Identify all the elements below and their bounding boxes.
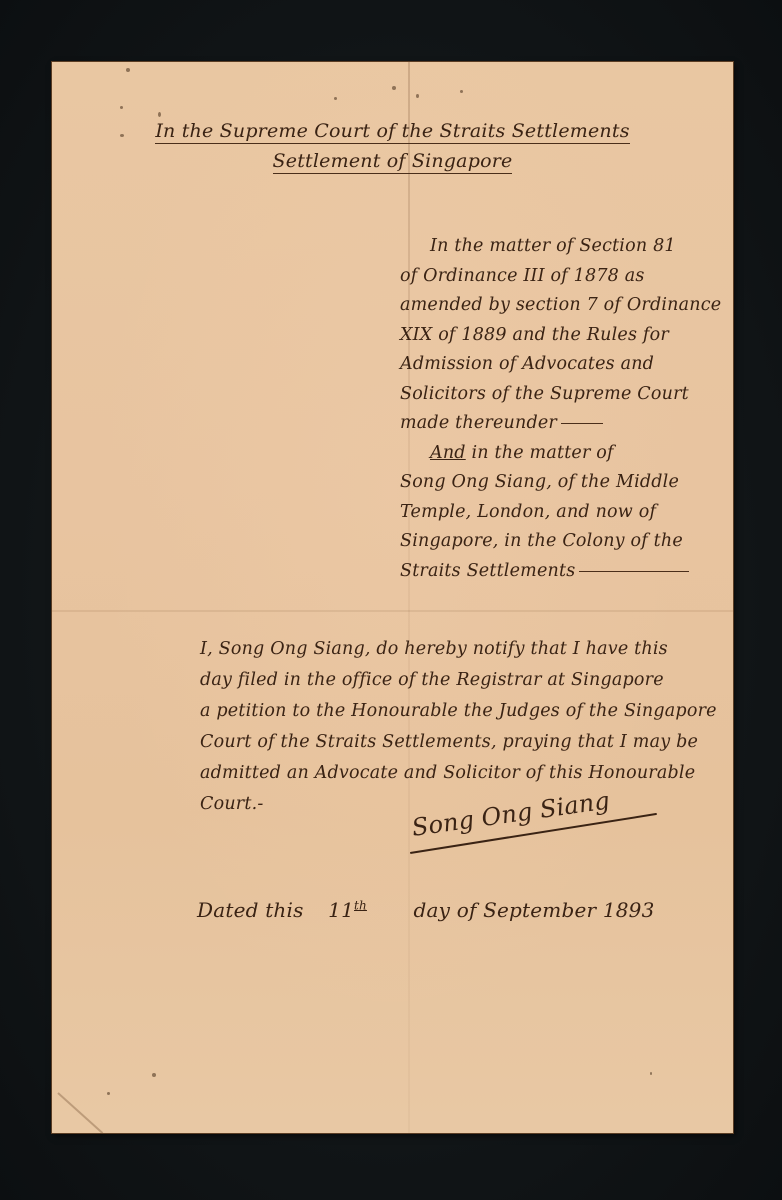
dash-rule (561, 423, 603, 424)
matter-line: Solicitors of the Supreme Court (400, 380, 730, 410)
second-matter-line: Song Ong Siang, of the Middle (400, 468, 730, 498)
notice-line: a petition to the Honourable the Judges … (200, 696, 730, 727)
matter-line: In the matter of Section 81 (400, 232, 730, 262)
date-day-suffix: th (354, 898, 367, 912)
matter-line: amended by section 7 of Ordinance (400, 291, 730, 321)
dash-rule (579, 571, 689, 572)
ink-spot (650, 1072, 652, 1075)
matter-line: XIX of 1889 and the Rules for (400, 321, 730, 351)
date-day: 11 (328, 898, 354, 922)
date-prefix: Dated this (197, 898, 304, 922)
notice-line: admitted an Advocate and Solicitor of th… (200, 758, 730, 789)
vertical-fold-line (408, 62, 410, 1133)
notice-paragraph: I, Song Ong Siang, do hereby notify that… (200, 634, 730, 820)
ink-spot (416, 94, 419, 98)
date-line: Dated this 11th day of September 1893 (197, 898, 655, 922)
ink-spot (120, 106, 123, 109)
second-matter-text: in the matter of (466, 443, 614, 463)
ink-spot (334, 97, 337, 100)
court-heading-line-2: Settlement of Singapore (273, 150, 513, 174)
second-matter-line: Straits Settlements (400, 557, 730, 587)
corner-crease (57, 1092, 103, 1134)
settlement-heading: Settlement of Singapore (52, 150, 733, 174)
ink-spot (107, 1092, 110, 1095)
second-matter-line: Singapore, in the Colony of the (400, 527, 730, 557)
court-heading: In the Supreme Court of the Straits Sett… (52, 120, 733, 144)
matter-block: In the matter of Section 81 of Ordinance… (400, 232, 730, 586)
notice-line: I, Song Ong Siang, do hereby notify that… (200, 634, 730, 665)
court-heading-line-1: In the Supreme Court of the Straits Sett… (155, 120, 629, 144)
notice-line: day filed in the office of the Registrar… (200, 665, 730, 696)
ink-spot (126, 68, 130, 72)
ink-spot (158, 112, 161, 117)
matter-line-text: made thereunder (400, 413, 557, 433)
matter-line: Admission of Advocates and (400, 350, 730, 380)
date-suffix: day of September 1893 (414, 898, 655, 922)
matter-line: of Ordinance III of 1878 as (400, 262, 730, 292)
ink-spot (460, 90, 463, 93)
second-matter-line: Temple, London, and now of (400, 498, 730, 528)
second-matter-text: Straits Settlements (400, 561, 575, 581)
matter-line: made thereunder (400, 409, 730, 439)
ink-spot (152, 1073, 156, 1077)
horizontal-fold-line (52, 610, 733, 612)
and-word: And (430, 443, 466, 463)
second-matter-line: And in the matter of (400, 439, 730, 469)
ink-spot (392, 86, 396, 90)
notice-line: Court of the Straits Settlements, prayin… (200, 727, 730, 758)
document-page: In the Supreme Court of the Straits Sett… (52, 62, 733, 1133)
